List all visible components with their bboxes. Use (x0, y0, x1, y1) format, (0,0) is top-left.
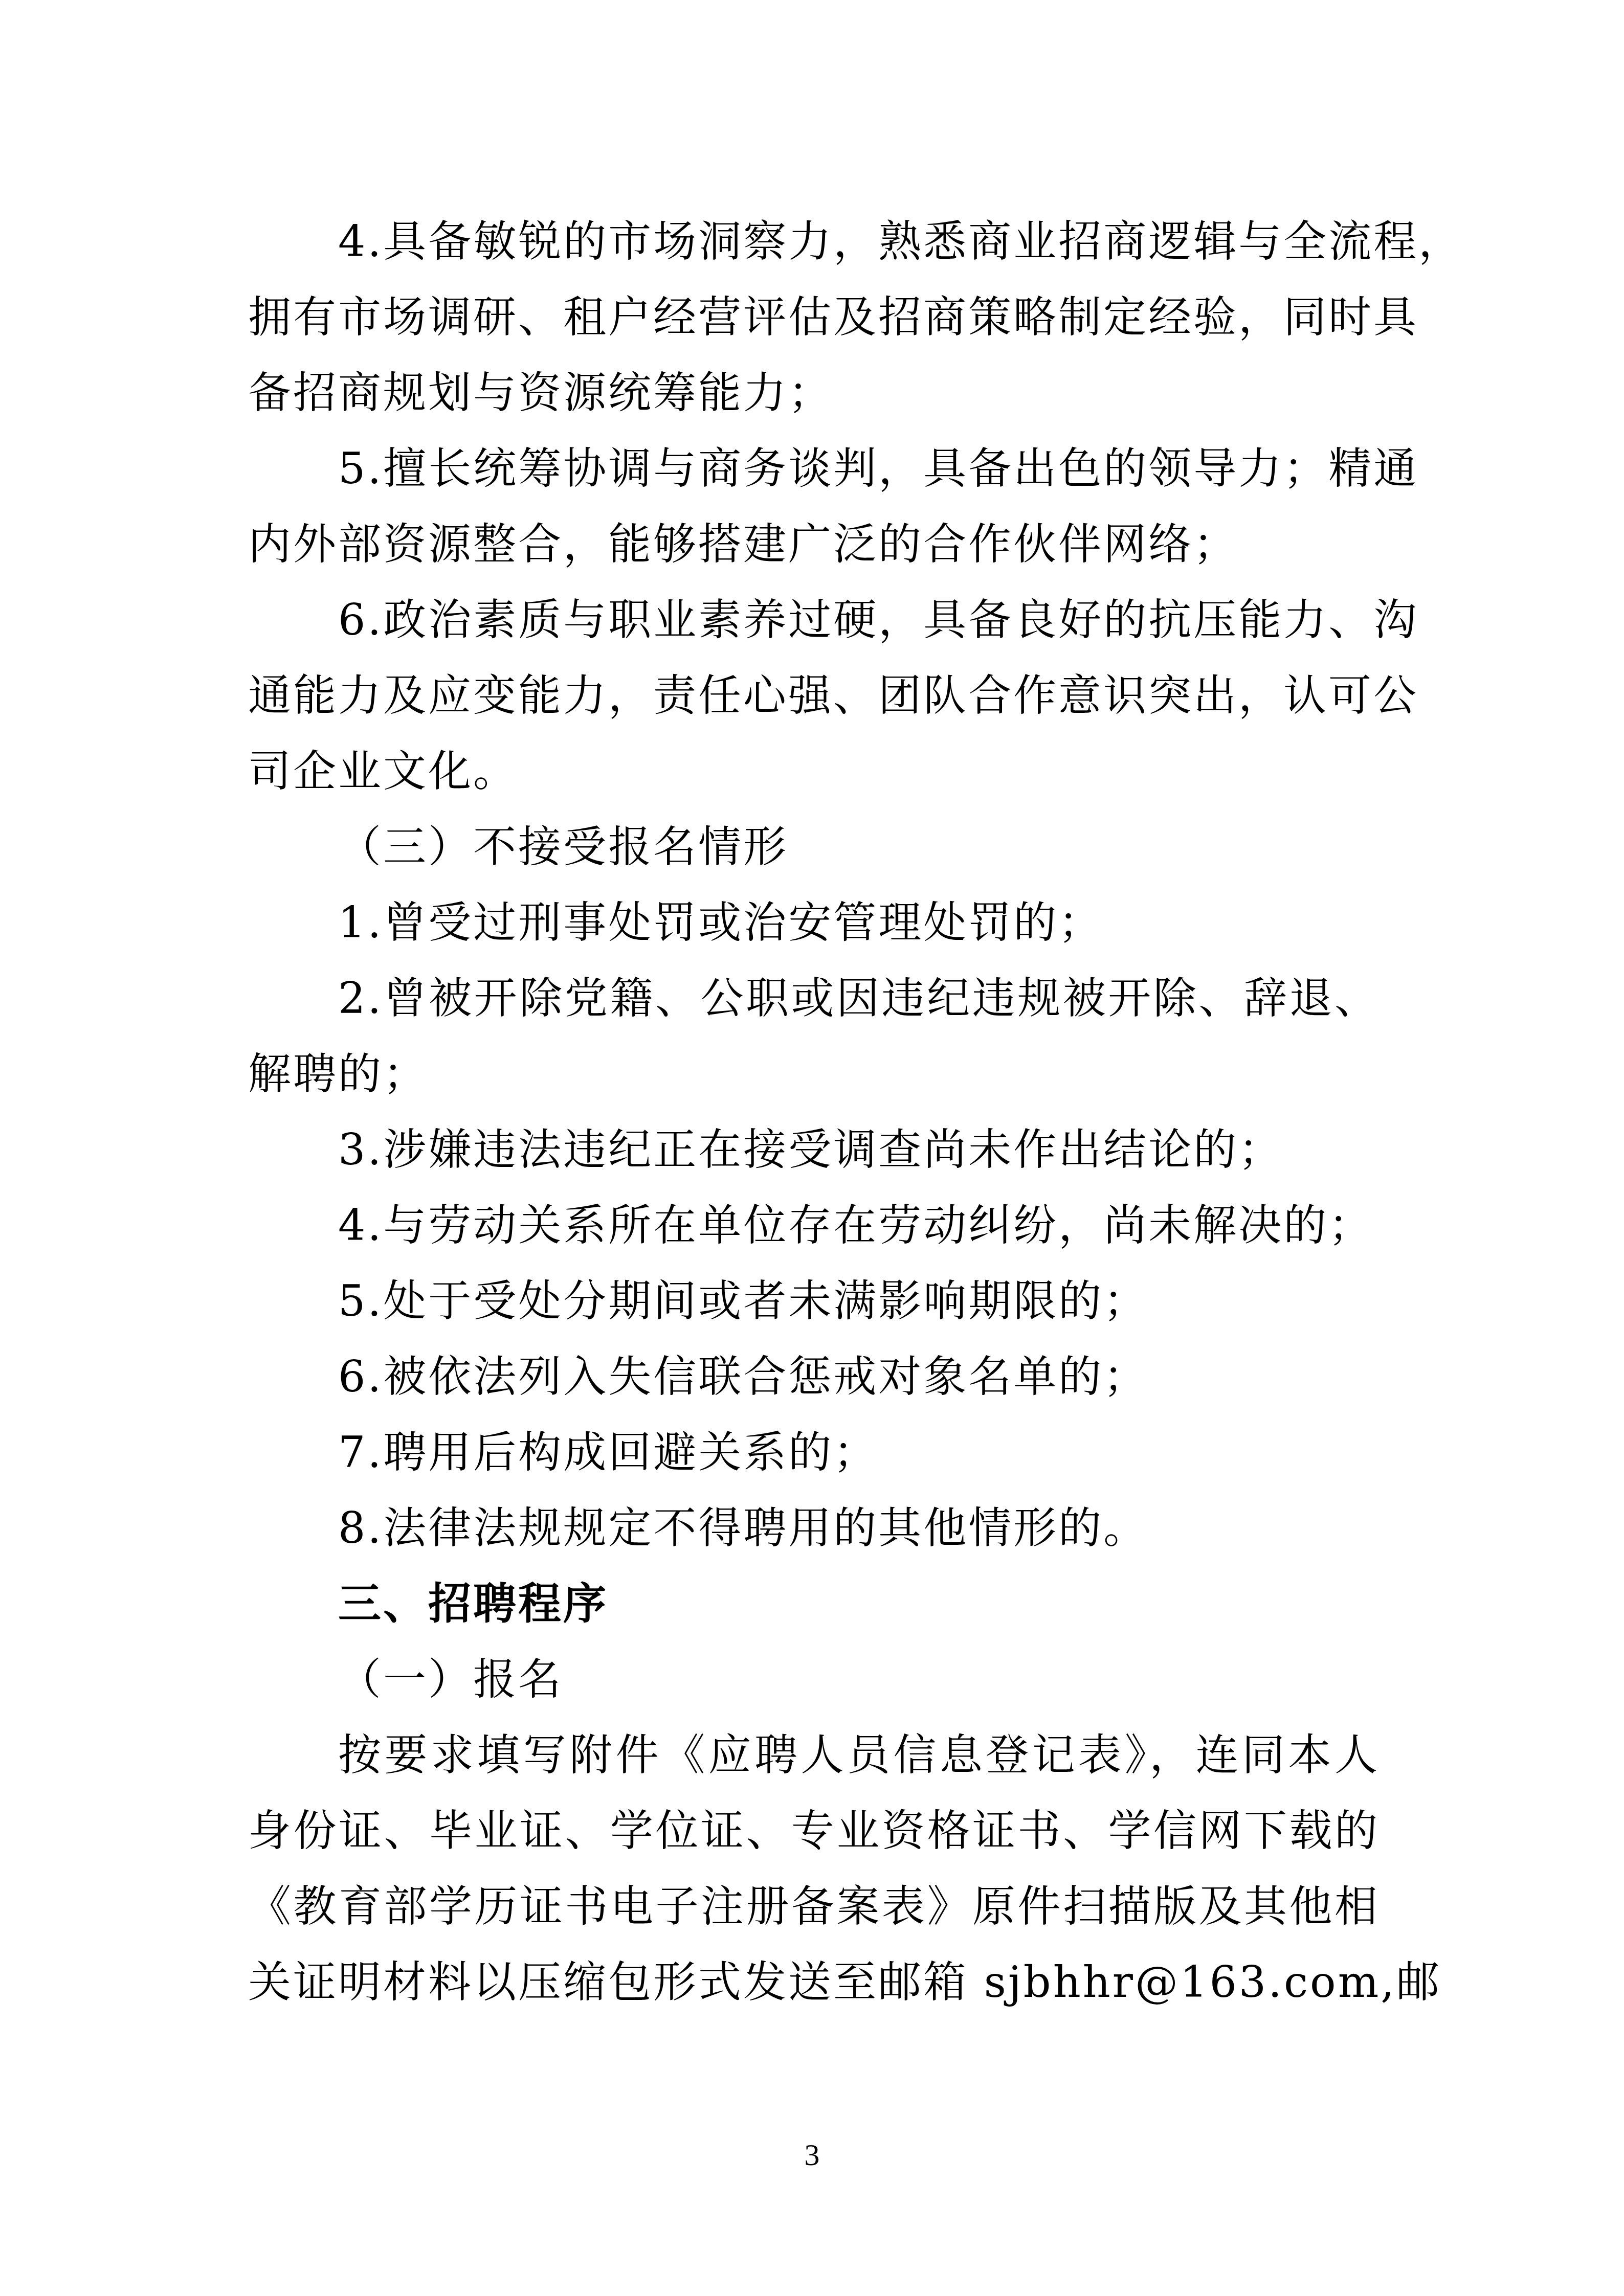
registration-paragraph-line-4: 关证明材料以压缩包形式发送至邮箱 sjbhhr@163.com,邮 (248, 1944, 1380, 2020)
exclusion-item-2-line-1: 2.曾被开除党籍、公职或因违纪违规被开除、辞退、 (248, 960, 1380, 1036)
exclusion-item-6: 6.被依法列入失信联合惩戒对象名单的； (248, 1339, 1380, 1414)
requirement-item-5-line-1: 5.擅长统筹协调与商务谈判，具备出色的领导力；精通 (248, 431, 1380, 506)
section-heading-recruitment-procedure: 三、招聘程序 (248, 1566, 1380, 1641)
requirement-item-4-line-2: 拥有市场调研、租户经营评估及招商策略制定经验，同时具 (248, 279, 1380, 355)
exclusion-item-2-line-2: 解聘的； (248, 1036, 1380, 1112)
requirement-item-4-line-3: 备招商规划与资源统筹能力； (248, 355, 1380, 431)
registration-paragraph-line-1: 按要求填写附件《应聘人员信息登记表》，连同本人 (248, 1717, 1380, 1793)
document-body: 4.具备敏锐的市场洞察力，熟悉商业招商逻辑与全流程， 拥有市场调研、租户经营评估… (248, 204, 1380, 2020)
requirement-item-4-line-1: 4.具备敏锐的市场洞察力，熟悉商业招商逻辑与全流程， (248, 204, 1380, 279)
registration-paragraph-line-3: 《教育部学历证书电子注册备案表》原件扫描版及其他相 (248, 1869, 1380, 1944)
page-number: 3 (0, 2137, 1624, 2173)
exclusion-item-3: 3.涉嫌违法违纪正在接受调查尚未作出结论的； (248, 1112, 1380, 1187)
exclusion-item-8: 8.法律法规规定不得聘用的其他情形的。 (248, 1490, 1380, 1566)
requirement-item-6-line-3: 司企业文化。 (248, 733, 1380, 809)
exclusion-item-1: 1.曾受过刑事处罚或治安管理处罚的； (248, 885, 1380, 960)
exclusion-item-5: 5.处于受处分期间或者未满影响期限的； (248, 1263, 1380, 1339)
requirement-item-6-line-2: 通能力及应变能力，责任心强、团队合作意识突出，认可公 (248, 658, 1380, 733)
registration-paragraph-line-2: 身份证、毕业证、学位证、专业资格证书、学信网下载的 (248, 1793, 1380, 1869)
subheading-exclusion-conditions: （三）不接受报名情形 (248, 809, 1380, 885)
subheading-registration: （一）报名 (248, 1641, 1380, 1717)
requirement-item-6-line-1: 6.政治素质与职业素养过硬，具备良好的抗压能力、沟 (248, 582, 1380, 658)
requirement-item-5-line-2: 内外部资源整合，能够搭建广泛的合作伙伴网络； (248, 506, 1380, 582)
exclusion-item-4: 4.与劳动关系所在单位存在劳动纠纷，尚未解决的； (248, 1187, 1380, 1263)
exclusion-item-7: 7.聘用后构成回避关系的； (248, 1414, 1380, 1490)
